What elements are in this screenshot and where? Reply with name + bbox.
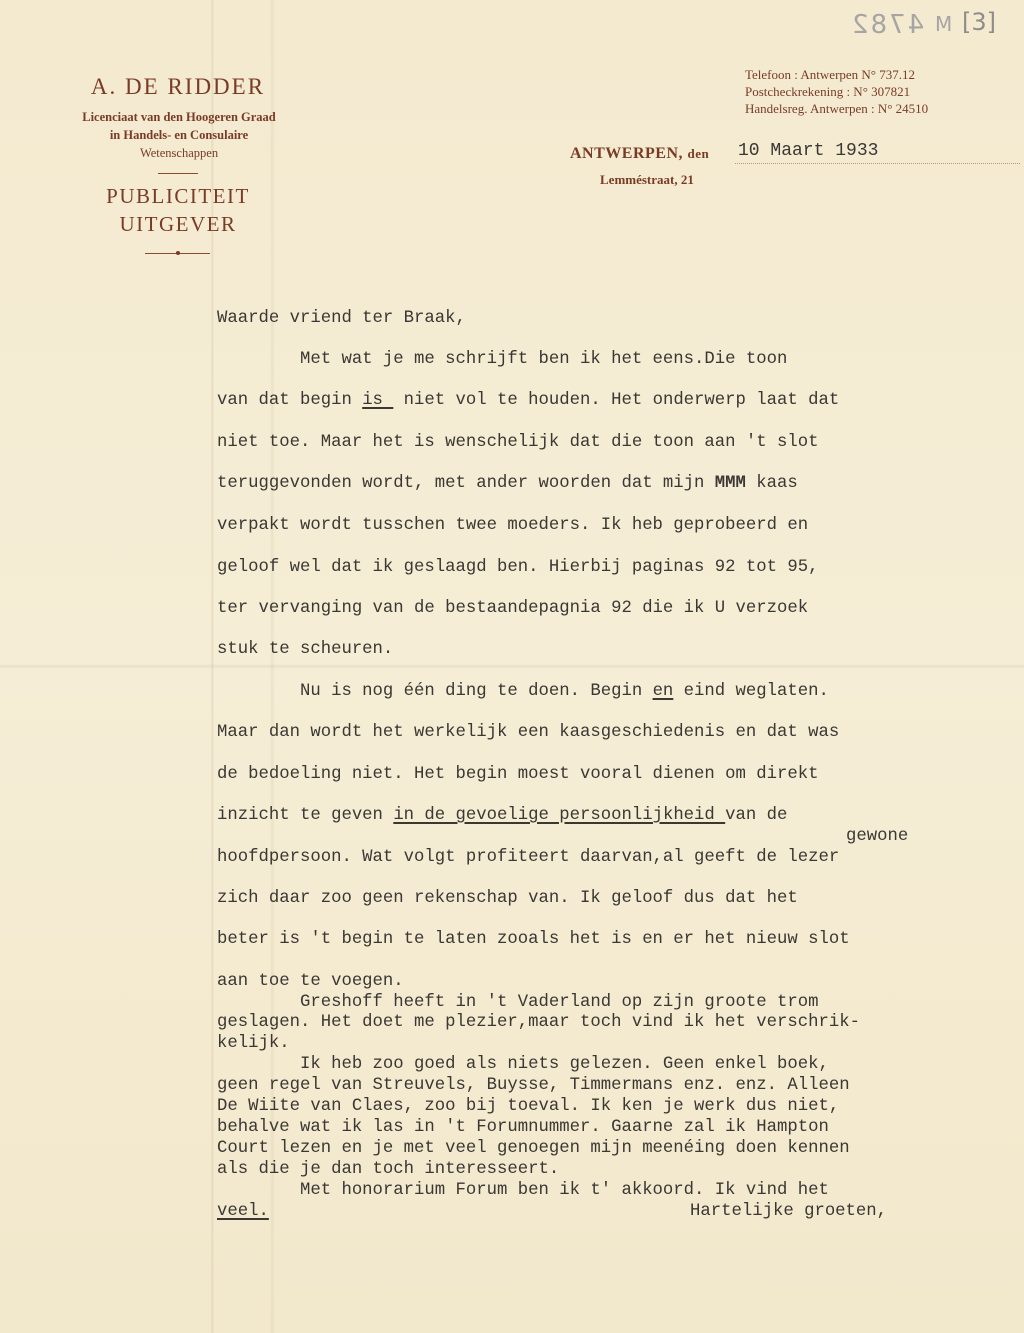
text-span: van de [725,806,787,825]
body-line: Ik heb zoo goed als niets gelezen. Geen … [217,1055,829,1074]
underlined-word: veel. [217,1202,269,1221]
body-line: beter is 't begin te laten zooals het is… [217,930,850,949]
body-line: als die je dan toch interesseert. [217,1160,559,1179]
text-span: teruggevonden wordt, met ander woorden d… [217,474,715,493]
profession-line: PUBLICITEIT [62,182,294,210]
text-span: van dat begin [217,391,362,410]
profession-line: UITGEVER [62,210,294,238]
body-line: van dat begin is niet vol te houden. Het… [217,391,839,410]
body-line: geen regel van Streuvels, Buysse, Timmer… [217,1076,850,1095]
letterhead-contact: Telefoon : Antwerpen N° 737.12 Postcheck… [745,66,928,117]
letterhead-ornament-dot [176,251,180,255]
body-line: inzicht te geven in de gevoelige persoon… [217,806,787,825]
subtitle-line: Licenciaat van den Hoogeren Graad [55,108,303,126]
body-line: Nu is nog één ding te doen. Begin en ein… [217,682,829,701]
body-line: verpakt wordt tusschen twee moeders. Ik … [217,516,808,535]
body-line: kelijk. [217,1034,290,1053]
body-line: behalve wat ik las in 't Forumnummer. Ga… [217,1118,829,1137]
underlined-word: en [653,682,674,701]
body-line: de bedoeling niet. Het begin moest voora… [217,765,819,784]
archive-number: 4782 [850,10,924,40]
text-span: kaas [746,474,798,493]
text-span: eind weglaten. [673,682,829,701]
body-line: zich daar zoo geen rekenschap van. Ik ge… [217,889,798,908]
trade-register-line: Handelsreg. Antwerpen : N° 24510 [745,100,928,117]
body-line: aan toe te voegen. [217,972,404,991]
text-span: Nu is nog één ding te doen. Begin [217,682,653,701]
closing: Hartelijke groeten, [690,1202,887,1221]
body-line: Court lezen en je met veel genoegen mijn… [217,1139,850,1158]
body-line: Maar dan wordt het werkelijk een kaasges… [217,723,839,742]
phone-line: Telefoon : Antwerpen N° 737.12 [745,66,928,83]
inserted-word: gewone [846,827,908,846]
letter-date: 10 Maart 1933 [738,141,878,161]
body-line: geloof wel dat ik geslaagd ben. Hierbij … [217,558,819,577]
subtitle-line: Wetenschappen [55,144,303,162]
date-dotted-line [735,163,1020,164]
letterhead-divider [158,173,198,174]
body-line: Greshoff heeft in 't Vaderland op zijn g… [217,993,819,1012]
archive-page-mark: [3] [962,8,996,36]
text-span: niet vol te houden. Het onderwerp laat d… [393,391,839,410]
body-line: hoofdpersoon. Wat volgt profiteert daarv… [217,848,839,867]
letterhead-name: A. DE RIDDER [62,74,294,100]
body-line: De Wiite van Claes, zoo bij toeval. Ik k… [217,1097,839,1116]
body-line: Met wat je me schrijft ben ik het eens.D… [217,350,787,369]
archive-letter: M [935,12,952,36]
underlined-phrase: in de gevoelige persoonlijkheid [393,806,725,825]
letterhead-profession: PUBLICITEIT UITGEVER [62,182,294,238]
letterhead-street: Lemméstraat, 21 [600,172,694,188]
postcheck-line: Postcheckrekening : N° 307821 [745,83,928,100]
underlined-word: is [362,391,393,410]
body-line: teruggevonden wordt, met ander woorden d… [217,474,798,493]
body-line: geslagen. Het doet me plezier,maar toch … [217,1013,860,1032]
salutation: Waarde vriend ter Braak, [217,309,466,328]
struck-text: MMM [715,474,746,493]
subtitle-line: in Handels- en Consulaire [55,126,303,144]
body-line: Met honorarium Forum ben ik t' akkoord. … [217,1181,829,1200]
letterhead-city: ANTWERPEN, den [570,145,709,163]
city-name: ANTWERPEN, [570,145,683,162]
body-line: niet toe. Maar het is wenschelijk dat di… [217,433,819,452]
city-suffix: den [688,146,710,161]
text-span: inzicht te geven [217,806,393,825]
letterhead-subtitle: Licenciaat van den Hoogeren Graad in Han… [55,108,303,162]
body-line: ter vervanging van de bestaandepagnia 92… [217,599,808,618]
body-line: stuk te scheuren. [217,640,393,659]
